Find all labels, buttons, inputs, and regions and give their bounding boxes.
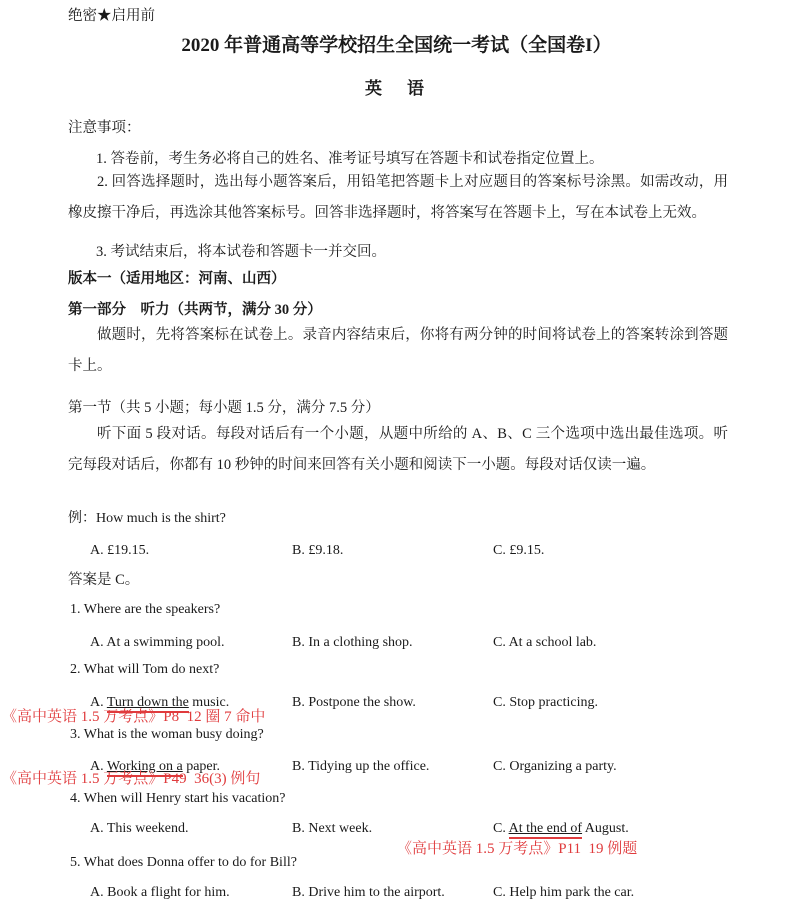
version-line: 版本一（适用地区：河南、山西） bbox=[68, 270, 286, 288]
notice-item-1: 1. 答卷前，考生务必将自己的姓名、准考证号填写在答题卡和试卷指定位置上。 bbox=[96, 150, 604, 168]
option-a: A. This weekend. bbox=[90, 820, 292, 838]
question-1-options-row: A. At a swimming pool. B. In a clothing … bbox=[90, 634, 770, 652]
section1-instructions: 听下面 5 段对话。每段对话后有一个小题，从题中所给的 A、B、C 三个选项中选… bbox=[68, 419, 728, 481]
question-3-text: 3. What is the woman busy doing? bbox=[70, 726, 264, 744]
question-4-options-row: A. This weekend. B. Next week. C. At the… bbox=[90, 820, 770, 838]
red-annotation-3: 《高中英语 1.5 万考点》P11 19 例题 bbox=[397, 840, 637, 858]
option-c: C. At a school lab. bbox=[493, 634, 770, 652]
option-a: A. £19.15. bbox=[90, 542, 292, 560]
example-answer-line: 答案是 C。 bbox=[68, 571, 139, 589]
option-c: C. Help him park the car. bbox=[493, 884, 770, 902]
example-options-row: A. £19.15. B. £9.18. C. £9.15. bbox=[90, 542, 770, 560]
option-c: C. Organizing a party. bbox=[493, 758, 770, 776]
subject-title: 英 语 bbox=[0, 78, 793, 99]
paper-title: 2020 年普通高等学校招生全国统一考试（全国卷I） bbox=[0, 34, 793, 58]
option-c: C. £9.15. bbox=[493, 542, 770, 560]
part1-instructions: 做题时，先将答案标在试卷上。录音内容结束后，你将有两分钟的时间将试卷上的答案转涂… bbox=[68, 320, 728, 382]
question-5-options-row: A. Book a flight for him. B. Drive him t… bbox=[90, 884, 770, 902]
option-c: C. Stop practicing. bbox=[493, 694, 770, 712]
option-a: A. Book a flight for him. bbox=[90, 884, 292, 902]
section1-heading: 第一节（共 5 小题；每小题 1.5 分，满分 7.5 分） bbox=[68, 399, 380, 417]
question-4-text: 4. When will Henry start his vacation? bbox=[70, 790, 286, 808]
notice-heading: 注意事项： bbox=[68, 119, 141, 137]
question-2-text: 2. What will Tom do next? bbox=[70, 661, 219, 679]
red-annotation-1: 《高中英语 1.5 万考点》P8 12 圈 7 命中 bbox=[2, 708, 265, 726]
classification-banner: 绝密★启用前 bbox=[68, 7, 155, 25]
question-5-text: 5. What does Donna offer to do for Bill? bbox=[70, 854, 297, 872]
option-a: A. At a swimming pool. bbox=[90, 634, 292, 652]
option-b: B. Drive him to the airport. bbox=[292, 884, 493, 902]
option-c: C. At the end of August. bbox=[493, 820, 770, 838]
notice-item-3: 3. 考试结束后，将本试卷和答题卡一并交回。 bbox=[96, 243, 386, 261]
option-b: B. Tidying up the office. bbox=[292, 758, 493, 776]
option-b: B. In a clothing shop. bbox=[292, 634, 493, 652]
example-question: 例：How much is the shirt? bbox=[68, 510, 226, 528]
question-1-text: 1. Where are the speakers? bbox=[70, 601, 220, 619]
option-b: B. Next week. bbox=[292, 820, 493, 838]
option-b: B. £9.18. bbox=[292, 542, 493, 560]
exam-paper-page: 绝密★启用前 2020 年普通高等学校招生全国统一考试（全国卷I） 英 语 注意… bbox=[0, 0, 793, 905]
red-annotation-2: 《高中英语 1.5 万考点》P49 36(3) 例句 bbox=[2, 770, 260, 788]
marked-answer-phrase: At the end of bbox=[509, 821, 582, 839]
part1-heading: 第一部分 听力（共两节，满分 30 分） bbox=[68, 301, 322, 319]
notice-item-2: 2. 回答选择题时，选出每小题答案后，用铅笔把答题卡上对应题目的答案标号涂黑。如… bbox=[68, 167, 728, 229]
option-b: B. Postpone the show. bbox=[292, 694, 493, 712]
